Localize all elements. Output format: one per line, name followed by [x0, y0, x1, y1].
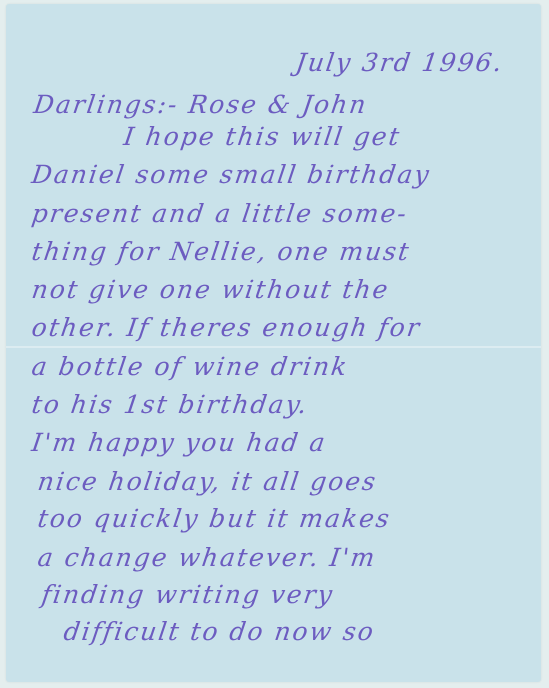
letter-line: finding writing very [40, 580, 336, 609]
letter-line: Daniel some small birthday [30, 160, 433, 189]
letter-line: to his 1st birthday. [30, 390, 310, 419]
letter-line: not give one without the [30, 275, 392, 304]
letter-line: other. If theres enough for [30, 313, 423, 342]
paper-fold-line [6, 346, 541, 348]
letter-line: I hope this will get [122, 122, 403, 151]
letter-line: nice holiday, it all goes [36, 467, 379, 496]
letter-salutation: Darlings:- Rose & John [32, 90, 370, 119]
letter-line: too quickly but it makes [36, 504, 393, 533]
letter-date: July 3rd 1996. [294, 48, 506, 77]
letter-page: July 3rd 1996. Darlings:- Rose & John I … [6, 4, 541, 682]
letter-line: a change whatever. I'm [36, 543, 378, 572]
letter-line: I'm happy you had a [30, 428, 329, 457]
letter-line: thing for Nellie, one must [30, 237, 412, 266]
letter-line: difficult to do now so [62, 617, 377, 646]
letter-line: present and a little some- [30, 199, 410, 228]
letter-line: a bottle of wine drink [30, 352, 351, 381]
